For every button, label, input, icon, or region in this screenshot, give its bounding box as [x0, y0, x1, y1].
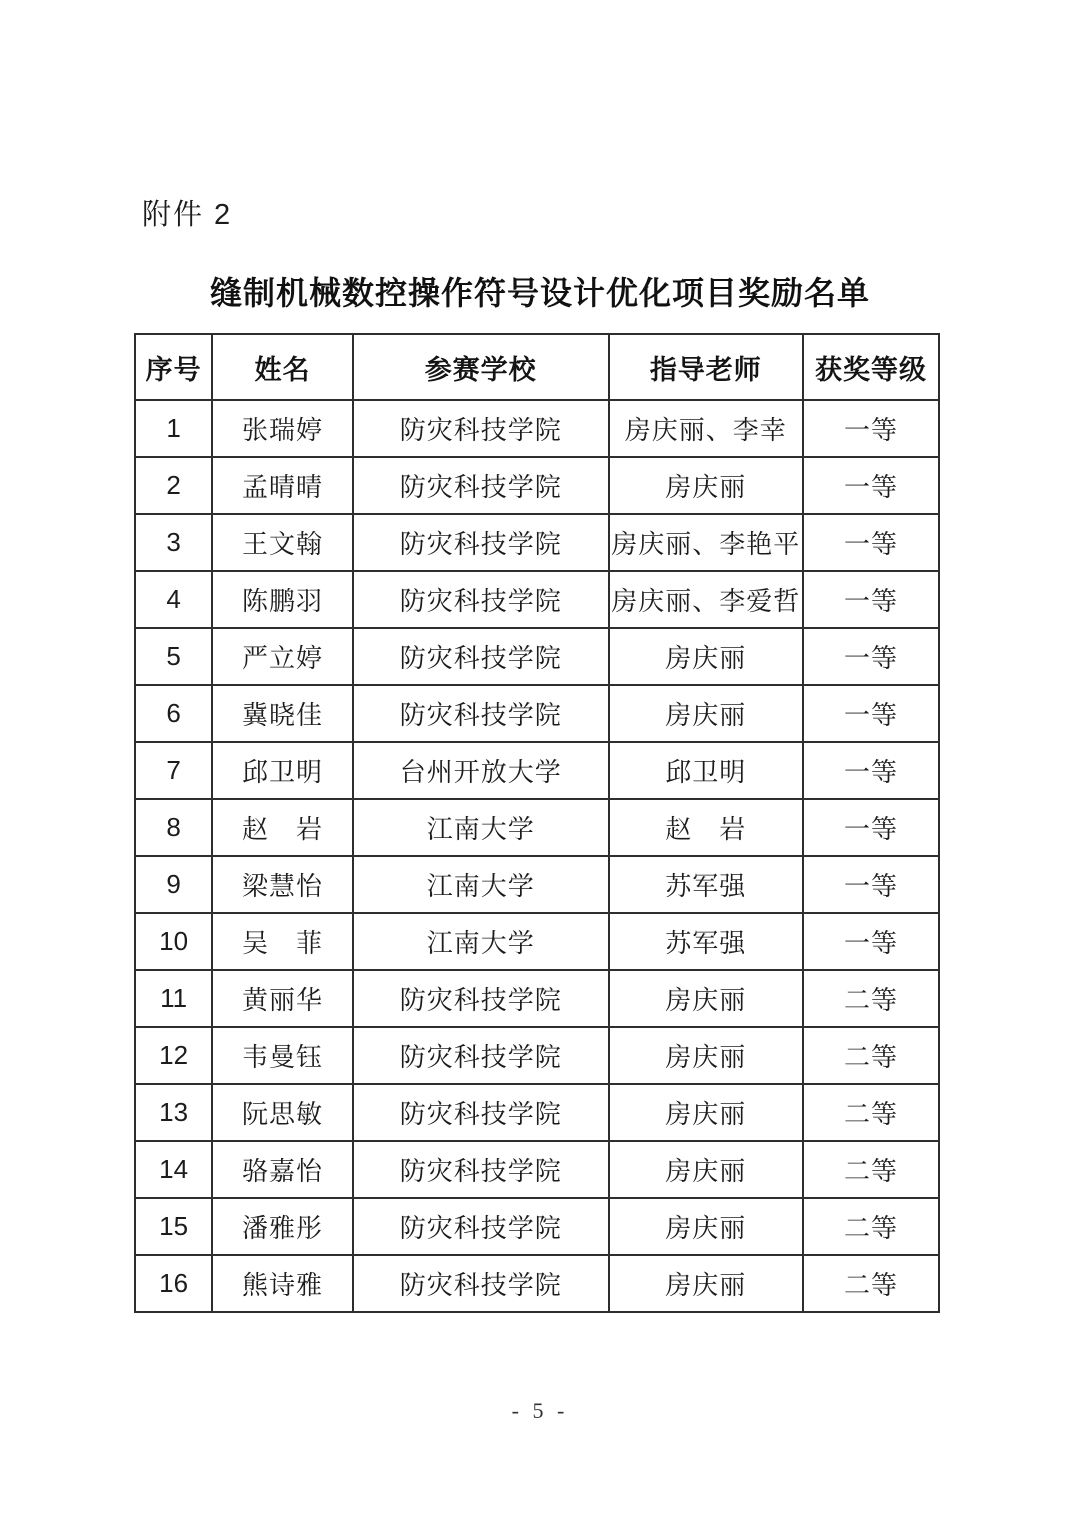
cell-school: 江南大学 [353, 856, 609, 913]
cell-name: 冀晓佳 [212, 685, 353, 742]
cell-advisor: 房庆丽、李幸 [609, 400, 804, 457]
cell-award: 二等 [803, 1141, 939, 1198]
cell-index: 8 [135, 799, 212, 856]
cell-award: 一等 [803, 799, 939, 856]
cell-school: 防灾科技学院 [353, 1027, 609, 1084]
cell-index: 12 [135, 1027, 212, 1084]
cell-name: 梁慧怡 [212, 856, 353, 913]
table-row: 16熊诗雅防灾科技学院房庆丽二等 [135, 1255, 939, 1312]
page-number: - 5 - [0, 1398, 1080, 1424]
attachment-label: 附件 2 [142, 192, 232, 233]
cell-advisor: 房庆丽 [609, 1027, 804, 1084]
cell-index: 11 [135, 970, 212, 1027]
cell-name: 陈鹏羽 [212, 571, 353, 628]
cell-name: 潘雅彤 [212, 1198, 353, 1255]
cell-name: 骆嘉怡 [212, 1141, 353, 1198]
cell-index: 10 [135, 913, 212, 970]
table-row: 5严立婷防灾科技学院房庆丽一等 [135, 628, 939, 685]
cell-award: 一等 [803, 400, 939, 457]
cell-award: 一等 [803, 571, 939, 628]
cell-name: 吴 菲 [212, 913, 353, 970]
cell-school: 江南大学 [353, 799, 609, 856]
awards-table-body: 1张瑞婷防灾科技学院房庆丽、李幸一等2孟晴晴防灾科技学院房庆丽一等3王文翰防灾科… [135, 400, 939, 1312]
cell-index: 13 [135, 1084, 212, 1141]
table-row: 14骆嘉怡防灾科技学院房庆丽二等 [135, 1141, 939, 1198]
cell-name: 阮思敏 [212, 1084, 353, 1141]
cell-award: 一等 [803, 913, 939, 970]
cell-school: 防灾科技学院 [353, 1255, 609, 1312]
cell-advisor: 房庆丽、李艳平 [609, 514, 804, 571]
cell-index: 5 [135, 628, 212, 685]
header-cell-school: 参赛学校 [353, 334, 609, 400]
cell-award: 二等 [803, 1084, 939, 1141]
cell-name: 熊诗雅 [212, 1255, 353, 1312]
cell-name: 邱卫明 [212, 742, 353, 799]
cell-advisor: 房庆丽 [609, 457, 804, 514]
cell-award: 一等 [803, 457, 939, 514]
cell-school: 防灾科技学院 [353, 685, 609, 742]
cell-school: 防灾科技学院 [353, 457, 609, 514]
table-row: 12韦曼钰防灾科技学院房庆丽二等 [135, 1027, 939, 1084]
cell-name: 张瑞婷 [212, 400, 353, 457]
cell-name: 严立婷 [212, 628, 353, 685]
cell-index: 2 [135, 457, 212, 514]
cell-advisor: 房庆丽 [609, 1141, 804, 1198]
cell-index: 3 [135, 514, 212, 571]
cell-name: 孟晴晴 [212, 457, 353, 514]
cell-school: 防灾科技学院 [353, 1198, 609, 1255]
cell-advisor: 房庆丽 [609, 685, 804, 742]
cell-award: 二等 [803, 1198, 939, 1255]
cell-index: 4 [135, 571, 212, 628]
table-row: 15潘雅彤防灾科技学院房庆丽二等 [135, 1198, 939, 1255]
header-cell-index: 序号 [135, 334, 212, 400]
cell-index: 9 [135, 856, 212, 913]
cell-advisor: 房庆丽 [609, 1084, 804, 1141]
cell-index: 16 [135, 1255, 212, 1312]
cell-index: 7 [135, 742, 212, 799]
header-cell-award: 获奖等级 [803, 334, 939, 400]
cell-index: 15 [135, 1198, 212, 1255]
cell-index: 6 [135, 685, 212, 742]
cell-school: 防灾科技学院 [353, 628, 609, 685]
header-cell-name: 姓名 [212, 334, 353, 400]
cell-school: 江南大学 [353, 913, 609, 970]
cell-award: 一等 [803, 742, 939, 799]
cell-award: 一等 [803, 514, 939, 571]
table-row: 6冀晓佳防灾科技学院房庆丽一等 [135, 685, 939, 742]
header-row: 序号姓名参赛学校指导老师获奖等级 [135, 334, 939, 400]
cell-award: 二等 [803, 970, 939, 1027]
cell-school: 防灾科技学院 [353, 571, 609, 628]
table-row: 7邱卫明台州开放大学邱卫明一等 [135, 742, 939, 799]
cell-school: 防灾科技学院 [353, 1084, 609, 1141]
cell-index: 14 [135, 1141, 212, 1198]
cell-name: 韦曼钰 [212, 1027, 353, 1084]
table-row: 11黄丽华防灾科技学院房庆丽二等 [135, 970, 939, 1027]
cell-award: 二等 [803, 1027, 939, 1084]
table-row: 9梁慧怡江南大学苏军强一等 [135, 856, 939, 913]
table-row: 8赵 岩江南大学赵 岩一等 [135, 799, 939, 856]
cell-school: 防灾科技学院 [353, 400, 609, 457]
cell-advisor: 房庆丽 [609, 628, 804, 685]
cell-advisor: 苏军强 [609, 856, 804, 913]
cell-school: 防灾科技学院 [353, 1141, 609, 1198]
document-page: 附件 2 缝制机械数控操作符号设计优化项目奖励名单 序号姓名参赛学校指导老师获奖… [0, 0, 1080, 1527]
table-row: 4陈鹏羽防灾科技学院房庆丽、李爱哲一等 [135, 571, 939, 628]
cell-advisor: 苏军强 [609, 913, 804, 970]
cell-advisor: 邱卫明 [609, 742, 804, 799]
table-row: 2孟晴晴防灾科技学院房庆丽一等 [135, 457, 939, 514]
cell-name: 黄丽华 [212, 970, 353, 1027]
cell-award: 二等 [803, 1255, 939, 1312]
table-row: 1张瑞婷防灾科技学院房庆丽、李幸一等 [135, 400, 939, 457]
cell-name: 赵 岩 [212, 799, 353, 856]
cell-award: 一等 [803, 628, 939, 685]
cell-name: 王文翰 [212, 514, 353, 571]
cell-school: 防灾科技学院 [353, 514, 609, 571]
cell-advisor: 房庆丽、李爱哲 [609, 571, 804, 628]
cell-award: 一等 [803, 685, 939, 742]
cell-index: 1 [135, 400, 212, 457]
cell-school: 防灾科技学院 [353, 970, 609, 1027]
cell-advisor: 房庆丽 [609, 1255, 804, 1312]
header-cell-advisor: 指导老师 [609, 334, 804, 400]
cell-school: 台州开放大学 [353, 742, 609, 799]
document-title: 缝制机械数控操作符号设计优化项目奖励名单 [0, 268, 1080, 314]
awards-table: 序号姓名参赛学校指导老师获奖等级 1张瑞婷防灾科技学院房庆丽、李幸一等2孟晴晴防… [134, 333, 940, 1313]
cell-advisor: 赵 岩 [609, 799, 804, 856]
table-row: 13阮思敏防灾科技学院房庆丽二等 [135, 1084, 939, 1141]
cell-award: 一等 [803, 856, 939, 913]
table-row: 10吴 菲江南大学苏军强一等 [135, 913, 939, 970]
cell-advisor: 房庆丽 [609, 1198, 804, 1255]
cell-advisor: 房庆丽 [609, 970, 804, 1027]
awards-table-header: 序号姓名参赛学校指导老师获奖等级 [135, 334, 939, 400]
table-row: 3王文翰防灾科技学院房庆丽、李艳平一等 [135, 514, 939, 571]
